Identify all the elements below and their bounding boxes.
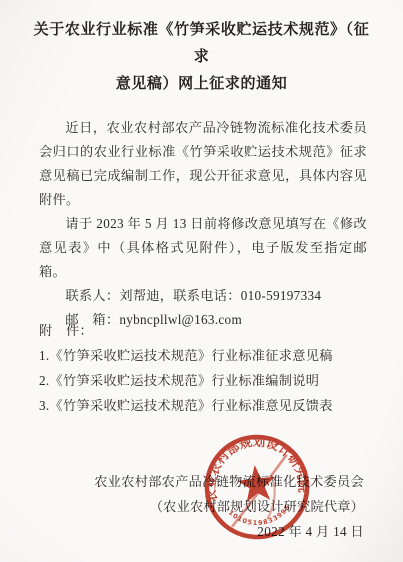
- attachment-item-2: 2.《竹笋采收贮运技术规范》行业标准编制说明: [39, 368, 369, 393]
- title-line-1: 关于农业行业标准《竹笋采收贮运技术规范》（征求: [26, 17, 377, 71]
- attachments-label: 附 件：: [39, 318, 369, 343]
- title-line-2: 意见稿）网上征求的通知: [26, 71, 377, 98]
- signature-block: 农业农村部农产品冷链物流标准化技术委员会 （农业农村部规划设计研究院代章） 20…: [0, 469, 364, 544]
- attachments-section: 附 件： 1.《竹笋采收贮运技术规范》行业标准征求意见稿 2.《竹笋采收贮运技术…: [39, 318, 369, 418]
- attachment-item-3: 3.《竹笋采收贮运技术规范》行业标准意见反馈表: [39, 393, 369, 418]
- contact-line: 联系人：刘帮迪，联系电话：010-59197334: [39, 284, 367, 308]
- body-paragraph-intro: 近日，农业农村部农产品冷链物流标准化技术委员会归口的农业行业标准《竹笋采收贮运技…: [39, 116, 367, 212]
- signature-date: 2022 年 4 月 14 日: [0, 519, 364, 544]
- notice-document-page: 关于农业行业标准《竹笋采收贮运技术规范》（征求 意见稿）网上征求的通知 近日，农…: [0, 0, 403, 562]
- notice-body: 近日，农业农村部农产品冷链物流标准化技术委员会归口的农业行业标准《竹笋采收贮运技…: [39, 116, 367, 332]
- page-title: 关于农业行业标准《竹笋采收贮运技术规范》（征求 意见稿）网上征求的通知: [26, 17, 377, 98]
- signature-organization: 农业农村部农产品冷链物流标准化技术委员会: [0, 469, 364, 494]
- attachment-item-1: 1.《竹笋采收贮运技术规范》行业标准征求意见稿: [39, 343, 369, 368]
- body-paragraph-deadline: 请于 2023 年 5 月 13 日前将修改意见填写在《修改意见表》中（具体格式…: [39, 212, 367, 284]
- signature-on-behalf: （农业农村部规划设计研究院代章）: [0, 494, 364, 519]
